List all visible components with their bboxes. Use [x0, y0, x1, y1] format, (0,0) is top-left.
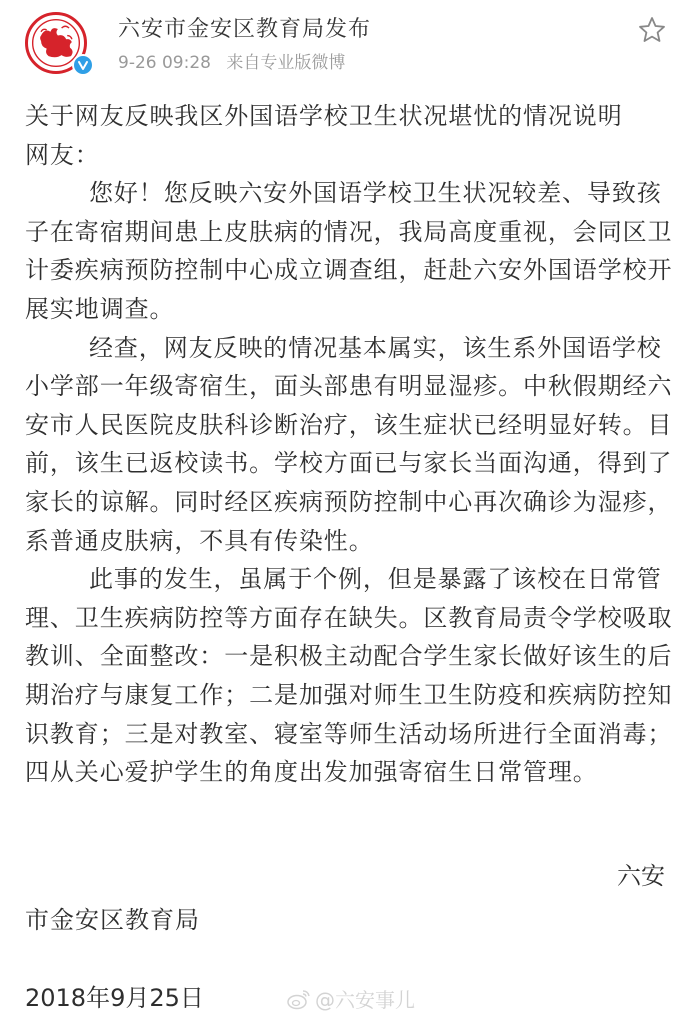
post-meta: 9-26 09:28 来自专业版微博 — [118, 48, 345, 73]
paragraph-1: 您好！您反映六安外国语学校卫生状况较差、导致孩子在寄宿期间患上皮肤病的情况，我局… — [25, 174, 675, 328]
post-header: 六安市金安区教育局发布 9-26 09:28 来自专业版微博 — [0, 0, 690, 88]
watermark: @六安事儿 — [287, 984, 415, 1013]
paragraph-3: 此事的发生，虽属于个例，但是暴露了该校在日常管理、卫生疾病防控等方面存在缺失。区… — [25, 560, 675, 792]
timestamp: 9-26 09:28 — [118, 53, 211, 73]
favorite-button[interactable] — [637, 15, 667, 45]
weibo-logo-icon — [287, 988, 311, 1010]
username[interactable]: 六安市金安区教育局发布 — [118, 12, 371, 43]
salutation: 网友： — [25, 136, 675, 175]
paragraph-2: 经查，网友反映的情况基本属实，该生系外国语学校小学部一年级寄宿生，面头部患有明显… — [25, 329, 675, 561]
post-source[interactable]: 来自专业版微博 — [226, 53, 345, 73]
watermark-text: @六安事儿 — [315, 984, 415, 1013]
signature-line-1: 六安 — [25, 856, 665, 891]
verified-badge-icon — [72, 54, 94, 76]
star-outline-icon — [637, 15, 667, 45]
document-date: 2018年9月25日 — [25, 978, 204, 1013]
post-body: 关于网友反映我区外国语学校卫生状况堪忧的情况说明 网友： 您好！您反映六安外国语… — [25, 97, 675, 792]
signature-line-2: 市金安区教育局 — [25, 900, 200, 935]
article-title: 关于网友反映我区外国语学校卫生状况堪忧的情况说明 — [25, 97, 675, 136]
